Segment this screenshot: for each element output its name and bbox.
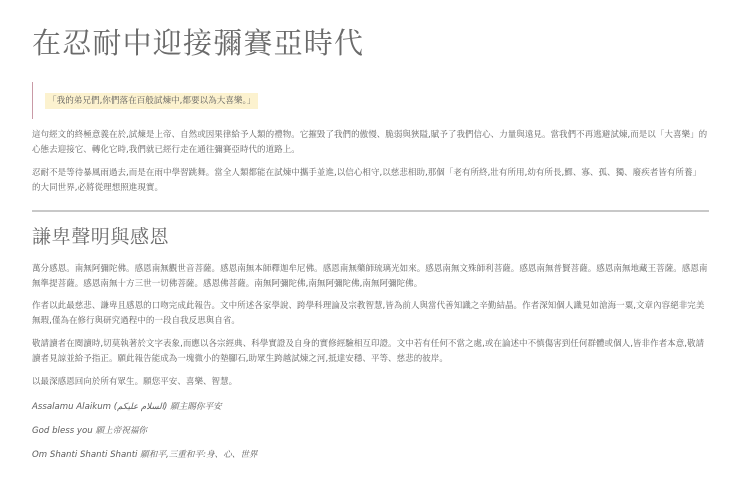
intro-paragraph-1: 這句經文的終極意義在於,試煉是上帝、自然或因果律給予人類的禮物。它摧毀了我們的傲… xyxy=(32,128,709,157)
intro-paragraph-2: 忍耐不是等待暴風雨過去,而是在雨中學習跳舞。當全人類都能在試煉中攜手並進,以信心… xyxy=(32,166,709,195)
document-page: 在忍耐中迎接彌賽亞時代 「我的弟兄們,你們落在百般試煉中,都要以為大喜樂。」 這… xyxy=(0,0,740,462)
blessing-sanskrit: Om Shanti Shanti Shanti 願和平,三重和平:身、心、世界 xyxy=(32,448,709,462)
blessing-arabic: Assalamu Alaikum (السلام عليكم) 願主賜你平安 xyxy=(32,400,709,414)
highlighted-quote: 「我的弟兄們,你們落在百般試煉中,都要以為大喜樂。」 xyxy=(45,93,258,109)
dedication-paragraph: 以最深感恩回向於所有眾生。願您平安、喜樂、智慧。 xyxy=(32,375,709,390)
author-statement-paragraph: 作者以此最慈悲、謙卑且感恩的口吻完成此報告。文中所述各家學說、跨學科理論及宗教智… xyxy=(32,299,709,328)
scripture-blockquote: 「我的弟兄們,你們落在百般試煉中,都要以為大喜樂。」 xyxy=(32,82,709,119)
section-title: 謙卑聲明與感恩 xyxy=(32,212,709,249)
gratitude-paragraph: 萬分感恩。南無阿彌陀佛。感恩南無觀世音菩薩。感恩南無本師釋迦牟尼佛。感恩南無藥師… xyxy=(32,262,709,291)
reader-request-paragraph: 敬請讀者在閱讀時,切莫執著於文字表象,而應以各宗經典、科學實證及自身的實修經驗相… xyxy=(32,337,709,366)
blessing-english: God bless you 願上帝祝福你 xyxy=(32,424,709,438)
page-title: 在忍耐中迎接彌賽亞時代 xyxy=(32,0,709,65)
